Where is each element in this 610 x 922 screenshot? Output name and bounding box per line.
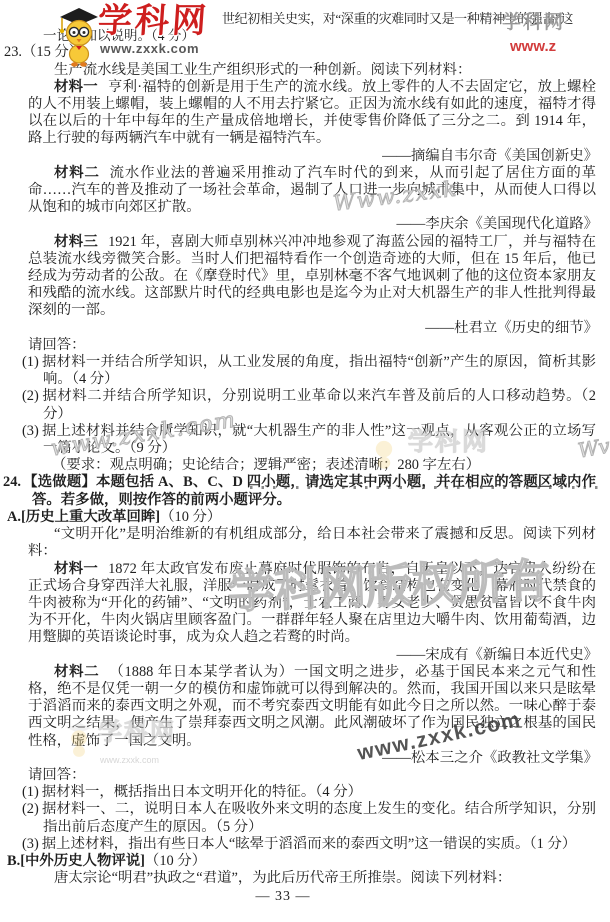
section-a-item-2: (2)据材料一、二，说明日本人在吸收外来文明的态度上发生的变化。结合所学知识，分… [28, 801, 596, 835]
material-label: 材料二 [54, 664, 99, 680]
q23-intro: 生产流水线是美国工业生产组织形式的一种创新。阅读下列材料： [28, 62, 596, 79]
section-b-score: （10 分） [145, 853, 206, 869]
q23-answer-prompt: 请回答： [28, 337, 596, 354]
material-label: 材料一 [54, 561, 98, 577]
q23-material-2: 材料二流水作业法的普遍采用推动了汽车时代的到来，从而引起了居住方面的革命……汽车… [28, 165, 596, 217]
item-marker: (3) [22, 423, 39, 439]
q23-item-3: (3)据上述材料并结合所学知识，就“大机器生产的非人性”这一观点，从客观公正的立… [28, 423, 596, 457]
section-a-score: （10 分） [160, 509, 221, 525]
item-text: 据材料一、二，说明日本人在吸收外来文明的态度上发生的变化。结合所学知识，分别指出… [42, 801, 596, 834]
item-text: 据上述材料并结合所学知识，就“大机器生产的非人性”这一观点，从客观公正的立场写一… [42, 423, 596, 456]
dotted-print-artifact [250, 486, 602, 489]
q24-number: 24. [3, 474, 21, 490]
fragment-line-1: 世纪初相关史实，对“深重的灾难同时又是一种精神上的强击”这 [222, 10, 596, 27]
question-24-header: 24.【选做题】本题包括 A、B、C、D 四小题，请选定其中两小题，并在相应的答… [3, 474, 596, 508]
section-a-item-1: (1)据材料一，概括指出日本文明开化的特征。（4 分） [28, 784, 596, 801]
q23-number: 23. [4, 44, 22, 60]
item-marker: (1) [22, 354, 39, 370]
exam-content: 世纪初相关史实，对“深重的灾难同时又是一种精神上的强击”这 一论断加以说明。（4… [28, 10, 596, 887]
section-a-letter: A. [7, 509, 21, 525]
section-a-material-2: 材料二（1888 年日本某学者认为）一国文明之进步，必基于国民本来之元气和性格，… [28, 664, 596, 750]
section-a-title: [历史上重大改革回眸] [21, 509, 160, 525]
question-23-number: 23.（15 分） [4, 44, 596, 61]
section-a-material-1: 材料一1872 年太政官发布废止幕府时代服饰的布告，自天皇以下，达官贵人纷纷在正… [28, 561, 596, 647]
item-marker: (2) [22, 801, 39, 817]
q23-material-1-source: ——摘编自韦尔奇《美国创新史》 [28, 148, 598, 165]
section-a-intro: “文明开化”是明治维新的有机组成部分，给日本社会带来了震撼和反思。阅读下列材料： [28, 526, 596, 560]
material-text: 1872 年太政官发布废止幕府时代服饰的布告，自天皇以下，达官贵人纷纷在正式场合… [28, 561, 596, 646]
section-a-material-2-source: ——松本三之介《政教社文学集》 [28, 750, 598, 767]
material-text: （1888 年日本某学者认为）一国文明之进步，必基于国民本来之元气和性格，绝不是… [28, 664, 596, 749]
section-a-material-1-source: ——宋成有《新编日本近代史》 [28, 647, 598, 664]
section-b-title: [中外历史人物评说] [20, 853, 145, 869]
section-a-item-3: (3)据上述材料，指出有些日本人“眩晕于滔滔而来的泰西文明”这一错误的实质。（1… [28, 836, 596, 853]
fragment-line-2: 一论断加以说明。（4 分） [43, 27, 596, 44]
q23-material-3-source: ——杜君立《历史的细节》 [28, 320, 598, 337]
q23-score: （15 分） [22, 44, 83, 60]
section-a-answer-prompt: 请回答： [28, 767, 596, 784]
q23-item-1: (1)据材料一并结合所学知识，从工业发展的角度，指出福特“创新”产生的原因，简析… [28, 354, 596, 388]
material-text: 流水作业法的普遍采用推动了汽车时代的到来，从而引起了居住方面的革命……汽车的普及… [28, 165, 596, 215]
material-label: 材料二 [54, 165, 100, 181]
item-marker: (1) [22, 784, 39, 800]
item-text: 据上述材料，指出有些日本人“眩晕于滔滔而来的泰西文明”这一错误的实质。（1 分） [42, 836, 576, 852]
material-text: 1921 年，喜剧大师卓别林兴冲冲地参观了海蓝公园的福特工厂，并与福特在总装流水… [28, 234, 596, 319]
q23-requirement: （要求：观点明确；史论结合；逻辑严密；表述清晰；280 字左右） [52, 457, 596, 474]
section-b-letter: B. [7, 853, 20, 869]
section-b-intro: 唐太宗论“明君”执政之“君道”，为此后历代帝王所推崇。阅读下列材料： [28, 870, 596, 887]
item-marker: (2) [22, 388, 39, 404]
q23-material-1: 材料一亨利·福特的创新是用于生产的流水线。放上零件的人不去固定它，放上螺栓的人不… [28, 79, 596, 148]
material-label: 材料三 [54, 234, 98, 250]
item-text: 据材料二并结合所学知识，分别说明工业革命以来汽车普及前后的人口移动趋势。（2 分… [42, 388, 596, 421]
page-number: — 33 — [0, 888, 566, 905]
item-marker: (3) [22, 836, 39, 852]
q24-header-text: 本题包括 A、B、C、D 四小题，请选定其中两小题，并在相应的答题区域内作答。若… [32, 474, 596, 507]
q23-material-3: 材料三1921 年，喜剧大师卓别林兴冲冲地参观了海蓝公园的福特工厂，并与福特在总… [28, 234, 596, 320]
section-b-header: B.[中外历史人物评说]（10 分） [7, 853, 596, 870]
item-text: 据材料一，概括指出日本文明开化的特征。（4 分） [42, 784, 362, 800]
item-text: 据材料一并结合所学知识，从工业发展的角度，指出福特“创新”产生的原因，简析其影响… [42, 354, 596, 387]
section-a-header: A.[历史上重大改革回眸]（10 分） [7, 509, 596, 526]
q23-item-2: (2)据材料二并结合所学知识，分别说明工业革命以来汽车普及前后的人口移动趋势。（… [28, 388, 596, 422]
material-label: 材料一 [54, 79, 98, 95]
exam-page: 世纪初相关史实，对“深重的灾难同时又是一种精神上的强击”这 一论断加以说明。（4… [0, 0, 610, 922]
q23-material-2-source: ——李庆余《美国现代化道路》 [28, 216, 598, 233]
material-text: 亨利·福特的创新是用于生产的流水线。放上零件的人不去固定它，放上螺栓的人不用装上… [28, 79, 596, 147]
q24-header-tag: 【选做题】 [23, 474, 96, 490]
